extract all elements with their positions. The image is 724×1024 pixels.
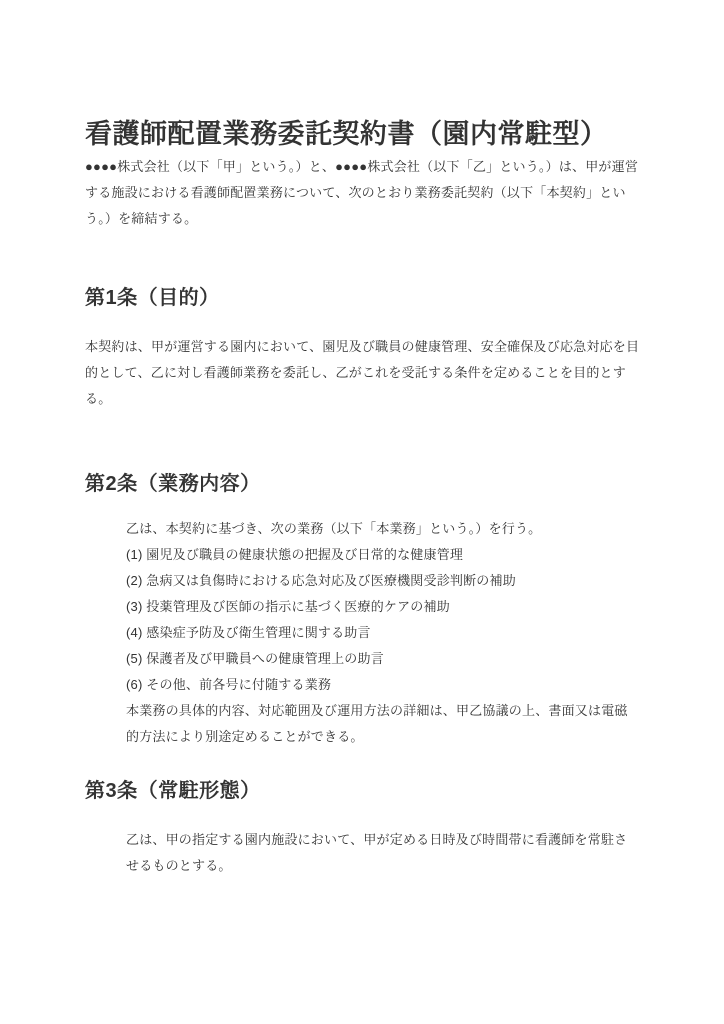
article-2-body-block: 乙は、本契約に基づき、次の業務（以下「本業務」という。）を行う。 (1) 園児及… bbox=[126, 516, 640, 750]
article-1-heading: 第1条（目的） bbox=[85, 284, 640, 312]
section-article-2-scope-of-work: 第2条（業務内容） 乙は、本契約に基づき、次の業務（以下「本業務」という。）を行… bbox=[85, 470, 640, 750]
document-title: 看護師配置業務委託契約書（園内常駐型） bbox=[85, 114, 640, 154]
article-2-note: 本業務の具体的内容、対応範囲及び運用方法の詳細は、甲乙協議の上、書面又は電磁的方… bbox=[126, 698, 640, 750]
work-item-4: (4) 感染症予防及び衛生管理に関する助言 bbox=[126, 620, 640, 646]
article-3-body: 乙は、甲の指定する園内施設において、甲が定める日時及び時間帯に看護師を常駐させる… bbox=[126, 827, 640, 879]
work-item-6: (6) その他、前各号に付随する業務 bbox=[126, 672, 640, 698]
work-item-3: (3) 投薬管理及び医師の指示に基づく医療的ケアの補助 bbox=[126, 594, 640, 620]
article-2-heading: 第2条（業務内容） bbox=[85, 470, 640, 498]
work-item-2: (2) 急病又は負傷時における応急対応及び医療機関受診判断の補助 bbox=[126, 568, 640, 594]
article-2-lead: 乙は、本契約に基づき、次の業務（以下「本業務」という。）を行う。 bbox=[126, 516, 640, 542]
work-item-5: (5) 保護者及び甲職員への健康管理上の助言 bbox=[126, 646, 640, 672]
section-article-1-purpose: 第1条（目的） 本契約は、甲が運営する園内において、園児及び職員の健康管理、安全… bbox=[85, 284, 640, 412]
intro-paragraph: ●●●●株式会社（以下「甲」という。）と、●●●●株式会社（以下「乙」という。）… bbox=[85, 154, 640, 232]
work-item-1: (1) 園児及び職員の健康状態の把握及び日常的な健康管理 bbox=[126, 542, 640, 568]
article-1-body: 本契約は、甲が運営する園内において、園児及び職員の健康管理、安全確保及び応急対応… bbox=[85, 334, 640, 412]
article-3-body-block: 乙は、甲の指定する園内施設において、甲が定める日時及び時間帯に看護師を常駐させる… bbox=[126, 827, 640, 879]
section-article-3-residency-form: 第3条（常駐形態） 乙は、甲の指定する園内施設において、甲が定める日時及び時間帯… bbox=[85, 777, 640, 879]
article-3-heading: 第3条（常駐形態） bbox=[85, 777, 640, 805]
contract-document-page: 看護師配置業務委託契約書（園内常駐型） ●●●●株式会社（以下「甲」という。）と… bbox=[0, 0, 724, 1024]
